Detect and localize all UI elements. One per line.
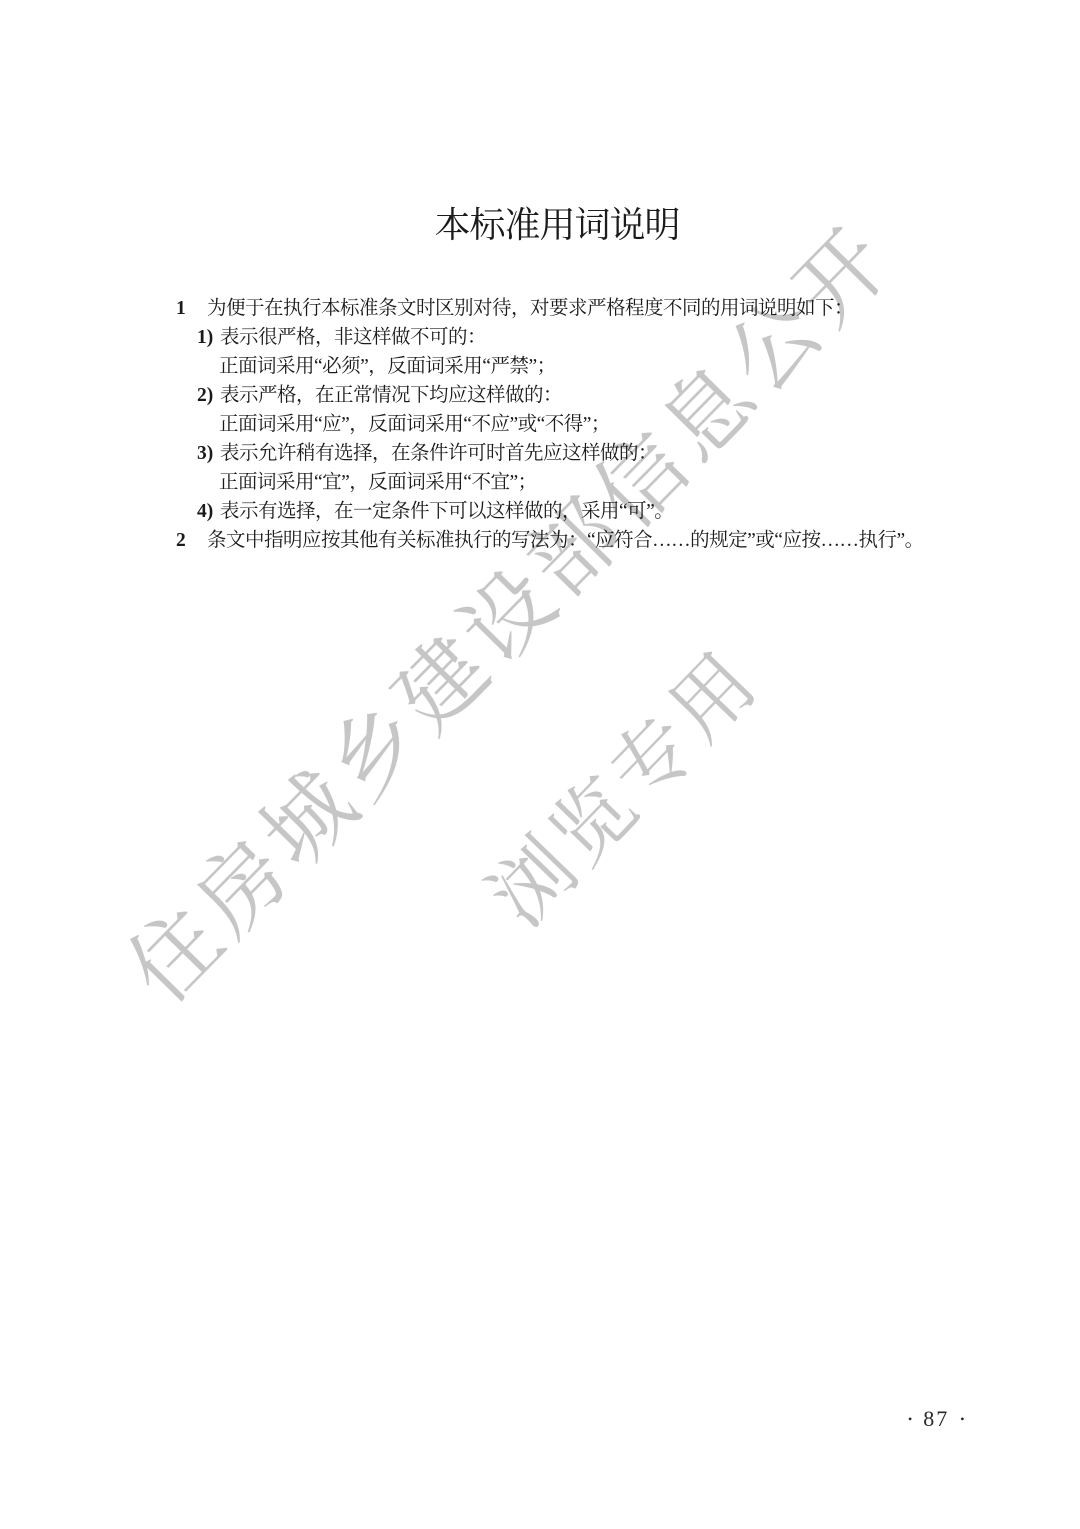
clause-text: 正面词采用“必须”，反面词采用“严禁”； [219, 356, 556, 377]
clause-item-2: 2条文中指明应按其他有关标准执行的写法为：“应符合……的规定”或“应按……执行”… [176, 526, 924, 555]
clause-number: 2) [197, 381, 220, 410]
clause-text: 表示有选择，在一定条件下可以这样做的，采用“可”。 [220, 501, 673, 522]
clause-detail-1: 正面词采用“必须”，反面词采用“严禁”； [219, 352, 924, 381]
page-title: 本标准用词说明 [434, 197, 679, 248]
clause-text: 条文中指明应按其他有关标准执行的写法为：“应符合……的规定”或“应按……执行”。 [207, 530, 924, 551]
clause-text: 为便于在执行本标准条文时区别对待，对要求严格程度不同的用词说明如下： [207, 298, 853, 319]
clause-number: 1 [176, 294, 207, 323]
clause-detail-3: 正面词采用“宜”，反面词采用“不宜”； [219, 468, 924, 497]
page-number-value: 87 [923, 1408, 949, 1430]
clause-number: 1) [197, 323, 220, 352]
page-number-right-dot: • [960, 1408, 964, 1430]
clause-subitem-2: 2)表示严格，在正常情况下均应这样做的： [197, 381, 924, 410]
clause-list: 1为便于在执行本标准条文时区别对待，对要求严格程度不同的用词说明如下： 1)表示… [176, 294, 924, 555]
clause-text: 表示很严格，非这样做不可的： [220, 327, 486, 348]
clause-text: 正面词采用“应”，反面词采用“不应”或“不得”； [219, 414, 610, 435]
watermark-browse-only: 浏览专用 [459, 619, 781, 946]
page-number: • 87 • [908, 1408, 964, 1430]
clause-text: 表示允许稍有选择，在条件许可时首先应这样做的： [220, 443, 657, 464]
clause-text: 表示严格，在正常情况下均应这样做的： [220, 385, 562, 406]
clause-number: 3) [197, 439, 220, 468]
clause-subitem-1: 1)表示很严格，非这样做不可的： [197, 323, 924, 352]
clause-number: 2 [176, 526, 207, 555]
clause-subitem-3: 3)表示允许稍有选择，在条件许可时首先应这样做的： [197, 439, 924, 468]
page-number-left-dot: • [908, 1408, 912, 1430]
clause-number: 4) [197, 497, 220, 526]
clause-text: 正面词采用“宜”，反面词采用“不宜”； [219, 472, 537, 493]
clause-subitem-4: 4)表示有选择，在一定条件下可以这样做的，采用“可”。 [197, 497, 924, 526]
document-page: 住房城乡建设部信息公开 浏览专用 本标准用词说明 1为便于在执行本标准条文时区别… [0, 0, 1080, 1529]
clause-detail-2: 正面词采用“应”，反面词采用“不应”或“不得”； [219, 410, 924, 439]
clause-item-1: 1为便于在执行本标准条文时区别对待，对要求严格程度不同的用词说明如下： [176, 294, 924, 323]
